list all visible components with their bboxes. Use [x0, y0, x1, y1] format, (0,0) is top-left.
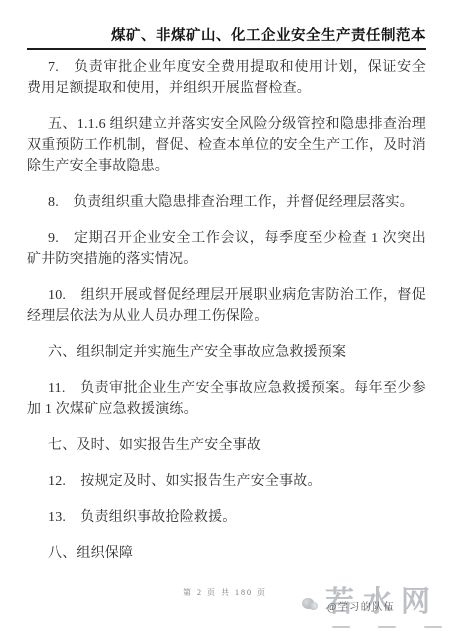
section-heading-7: 七、及时、如实报告生产安全事故 — [27, 435, 426, 456]
document-body: 7. 负责审批企业年度安全费用提取和使用计划，保证安全费用足额提取和使用，并组织… — [27, 50, 426, 564]
doc-paragraph-10: 10. 组织开展或督促经理层开展职业病危害防治工作，督促经理层依法为从业人员办理… — [27, 285, 426, 327]
section-heading-6: 六、组织制定并实施生产安全事故应急救援预案 — [27, 342, 426, 363]
doc-paragraph-7: 7. 负责审批企业年度安全费用提取和使用计划，保证安全费用足额提取和使用，并组织… — [27, 57, 426, 99]
document-page: 煤矿、非煤矿山、化工企业安全生产责任制范本 7. 负责审批企业年度安全费用提取和… — [0, 0, 450, 636]
header-title: 煤矿、非煤矿山、化工企业安全生产责任制范本 — [111, 28, 426, 44]
watermark-caption: @学习的队伍 — [327, 602, 395, 614]
section-heading-8: 八、组织保障 — [27, 543, 426, 564]
doc-paragraph-12: 12. 按规定及时、如实报告生产安全事故。 — [27, 471, 426, 492]
doc-paragraph-9: 9. 定期召开企业安全工作会议，每季度至少检查 1 次突出矿井防突措施的落实情况… — [27, 228, 426, 270]
page-header: 煤矿、非煤矿山、化工企业安全生产责任制范本 — [27, 0, 426, 50]
watermark-underline-dashes — [332, 626, 442, 628]
watermark: 若水网 @学习的队伍 — [296, 586, 448, 630]
doc-paragraph-13: 13. 负责组织事故抢险救援。 — [27, 507, 426, 528]
page-number: 第 2 页 共 180 页 — [183, 588, 267, 597]
watermark-logo-icon — [302, 596, 319, 611]
section-heading-5: 五、1.1.6 组织建立并落实安全风险分级管控和隐患排查治理 双重预防工作机制，… — [27, 114, 426, 177]
doc-paragraph-11: 11. 负责审批企业生产安全事故应急救援预案。每年至少参加 1 次煤矿应急救援演… — [27, 378, 426, 420]
doc-paragraph-8: 8. 负责组织重大隐患排查治理工作，并督促经理层落实。 — [27, 192, 426, 213]
